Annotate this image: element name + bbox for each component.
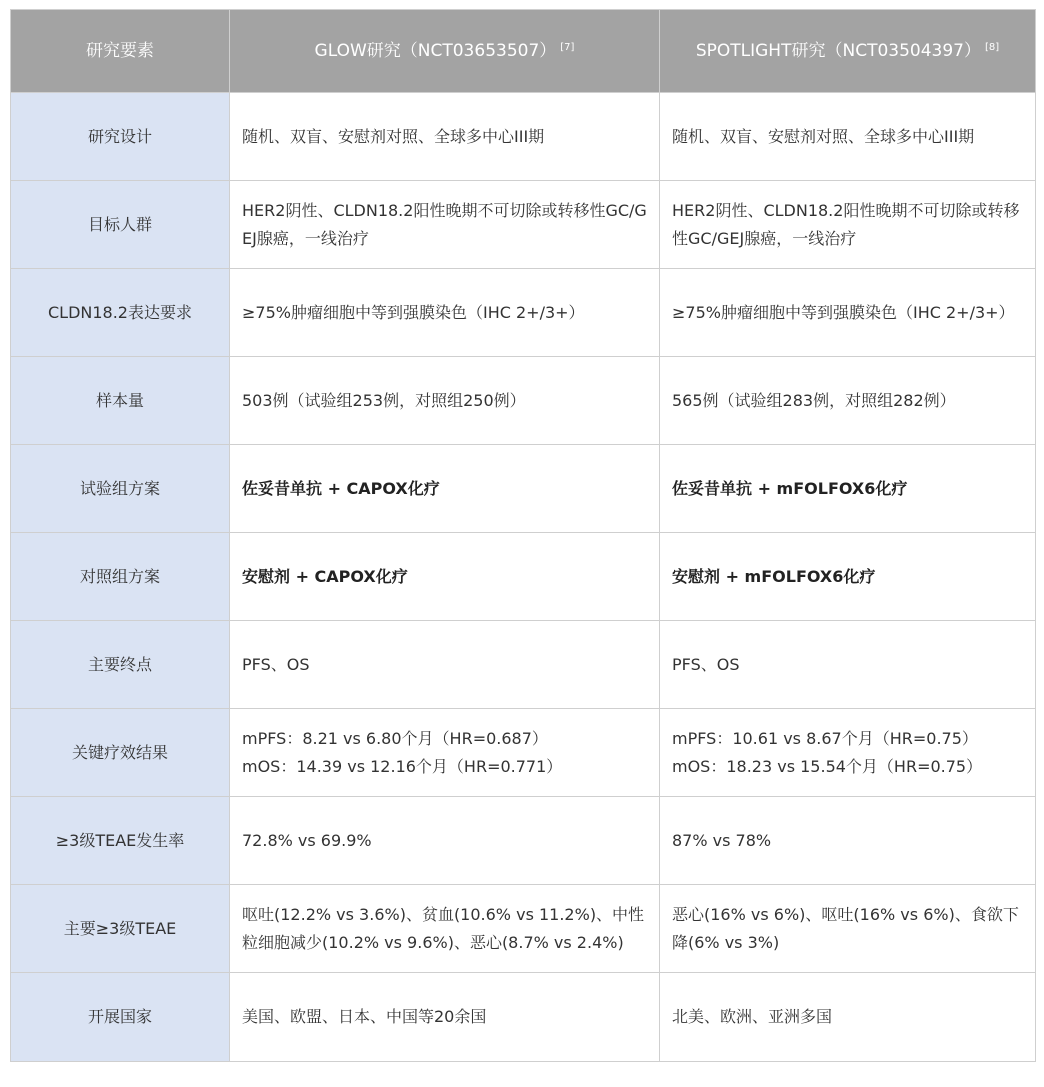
spotlight-value-text: HER2阴性、CLDN18.2阳性晚期不可切除或转移性GC/GEJ腺癌，一线治疗: [672, 197, 1023, 253]
spotlight-value-cell: mPFS：10.61 vs 8.67个月（HR=0.75）mOS：18.23 v…: [660, 709, 1036, 797]
row-label: CLDN18.2表达要求: [48, 303, 192, 322]
row-label: 开展国家: [88, 1007, 152, 1026]
row-label: 目标人群: [88, 215, 152, 234]
glow-value-text: 随机、双盲、安慰剂对照、全球多中心III期: [242, 123, 647, 151]
spotlight-value-cell: 随机、双盲、安慰剂对照、全球多中心III期: [660, 93, 1036, 181]
glow-value-text: mPFS：8.21 vs 6.80个月（HR=0.687）: [242, 725, 647, 753]
reference-link[interactable]: [7]: [560, 42, 574, 53]
spotlight-value-cell: 北美、欧洲、亚洲多国: [660, 973, 1036, 1062]
header-cell-spotlight: SPOTLIGHT研究（NCT03504397）[8]: [660, 10, 1036, 93]
spotlight-value-text: PFS、OS: [672, 651, 1023, 679]
row-label-cell: 样本量: [11, 357, 230, 445]
table-row: 对照组方案安慰剂 + CAPOX化疗安慰剂 + mFOLFOX6化疗: [11, 533, 1036, 621]
row-label: 试验组方案: [80, 479, 160, 498]
row-label-cell: 开展国家: [11, 973, 230, 1062]
glow-value-text: mOS：14.39 vs 12.16个月（HR=0.771）: [242, 753, 647, 781]
row-label-cell: ≥3级TEAE发生率: [11, 797, 230, 885]
spotlight-value-text: 87% vs 78%: [672, 827, 1023, 855]
spotlight-value-text: 佐妥昔单抗 + mFOLFOX6化疗: [672, 475, 1023, 503]
row-label-cell: 试验组方案: [11, 445, 230, 533]
table-row: CLDN18.2表达要求≥75%肿瘤细胞中等到强膜染色（IHC 2+/3+）≥7…: [11, 269, 1036, 357]
glow-value-cell: 72.8% vs 69.9%: [230, 797, 660, 885]
spotlight-value-text: 随机、双盲、安慰剂对照、全球多中心III期: [672, 123, 1023, 151]
glow-value-cell: 佐妥昔单抗 + CAPOX化疗: [230, 445, 660, 533]
table-row: 样本量503例（试验组253例，对照组250例）565例（试验组283例，对照组…: [11, 357, 1036, 445]
glow-value-cell: 呕吐(12.2% vs 3.6%)、贫血(10.6% vs 11.2%)、中性粒…: [230, 885, 660, 973]
glow-value-text: ≥75%肿瘤细胞中等到强膜染色（IHC 2+/3+）: [242, 299, 647, 327]
comparison-table-container: 研究要素 GLOW研究（NCT03653507）[7] SPOTLIGHT研究（…: [10, 9, 1035, 1062]
spotlight-value-cell: 安慰剂 + mFOLFOX6化疗: [660, 533, 1036, 621]
table-body: 研究设计随机、双盲、安慰剂对照、全球多中心III期随机、双盲、安慰剂对照、全球多…: [11, 93, 1036, 1062]
glow-value-text: 72.8% vs 69.9%: [242, 827, 647, 855]
glow-value-cell: 安慰剂 + CAPOX化疗: [230, 533, 660, 621]
row-label-cell: 目标人群: [11, 181, 230, 269]
table-header: 研究要素 GLOW研究（NCT03653507）[7] SPOTLIGHT研究（…: [11, 10, 1036, 93]
glow-value-cell: 美国、欧盟、日本、中国等20余国: [230, 973, 660, 1062]
spotlight-value-text: 565例（试验组283例，对照组282例）: [672, 387, 1023, 415]
row-label: 研究设计: [88, 127, 152, 146]
glow-value-cell: ≥75%肿瘤细胞中等到强膜染色（IHC 2+/3+）: [230, 269, 660, 357]
header-row: 研究要素 GLOW研究（NCT03653507）[7] SPOTLIGHT研究（…: [11, 10, 1036, 93]
table-row: 研究设计随机、双盲、安慰剂对照、全球多中心III期随机、双盲、安慰剂对照、全球多…: [11, 93, 1036, 181]
row-label: 主要终点: [88, 655, 152, 674]
row-label-cell: 主要终点: [11, 621, 230, 709]
glow-value-text: 安慰剂 + CAPOX化疗: [242, 563, 647, 591]
trial-comparison-table: 研究要素 GLOW研究（NCT03653507）[7] SPOTLIGHT研究（…: [10, 9, 1036, 1062]
table-row: 主要终点PFS、OSPFS、OS: [11, 621, 1036, 709]
header-label: GLOW研究（NCT03653507）: [315, 41, 557, 61]
spotlight-value-cell: HER2阴性、CLDN18.2阳性晚期不可切除或转移性GC/GEJ腺癌，一线治疗: [660, 181, 1036, 269]
row-label: 样本量: [96, 391, 144, 410]
row-label: 关键疗效结果: [72, 743, 168, 762]
spotlight-value-text: 北美、欧洲、亚洲多国: [672, 1003, 1023, 1031]
table-row: 目标人群HER2阴性、CLDN18.2阳性晚期不可切除或转移性GC/GEJ腺癌，…: [11, 181, 1036, 269]
glow-value-cell: 503例（试验组253例，对照组250例）: [230, 357, 660, 445]
glow-value-text: 呕吐(12.2% vs 3.6%)、贫血(10.6% vs 11.2%)、中性粒…: [242, 901, 647, 957]
header-label: SPOTLIGHT研究（NCT03504397）: [696, 41, 981, 61]
glow-value-text: 美国、欧盟、日本、中国等20余国: [242, 1003, 647, 1031]
spotlight-value-text: ≥75%肿瘤细胞中等到强膜染色（IHC 2+/3+）: [672, 299, 1023, 327]
header-label: 研究要素: [86, 41, 154, 61]
row-label-cell: CLDN18.2表达要求: [11, 269, 230, 357]
table-row: ≥3级TEAE发生率72.8% vs 69.9%87% vs 78%: [11, 797, 1036, 885]
table-row: 主要≥3级TEAE呕吐(12.2% vs 3.6%)、贫血(10.6% vs 1…: [11, 885, 1036, 973]
row-label-cell: 主要≥3级TEAE: [11, 885, 230, 973]
spotlight-value-text: mPFS：10.61 vs 8.67个月（HR=0.75）: [672, 725, 1023, 753]
reference-link[interactable]: [8]: [985, 42, 999, 53]
glow-value-text: HER2阴性、CLDN18.2阳性晚期不可切除或转移性GC/GEJ腺癌，一线治疗: [242, 197, 647, 253]
spotlight-value-cell: 565例（试验组283例，对照组282例）: [660, 357, 1036, 445]
row-label: 对照组方案: [80, 567, 160, 586]
row-label: ≥3级TEAE发生率: [56, 831, 185, 850]
table-row: 关键疗效结果mPFS：8.21 vs 6.80个月（HR=0.687）mOS：1…: [11, 709, 1036, 797]
spotlight-value-cell: 佐妥昔单抗 + mFOLFOX6化疗: [660, 445, 1036, 533]
glow-value-text: PFS、OS: [242, 651, 647, 679]
header-cell-element: 研究要素: [11, 10, 230, 93]
spotlight-value-cell: 87% vs 78%: [660, 797, 1036, 885]
glow-value-cell: 随机、双盲、安慰剂对照、全球多中心III期: [230, 93, 660, 181]
table-row: 试验组方案佐妥昔单抗 + CAPOX化疗佐妥昔单抗 + mFOLFOX6化疗: [11, 445, 1036, 533]
row-label-cell: 研究设计: [11, 93, 230, 181]
table-row: 开展国家美国、欧盟、日本、中国等20余国北美、欧洲、亚洲多国: [11, 973, 1036, 1062]
spotlight-value-cell: ≥75%肿瘤细胞中等到强膜染色（IHC 2+/3+）: [660, 269, 1036, 357]
spotlight-value-text: 恶心(16% vs 6%)、呕吐(16% vs 6%)、食欲下降(6% vs 3…: [672, 901, 1023, 957]
glow-value-text: 503例（试验组253例，对照组250例）: [242, 387, 647, 415]
glow-value-cell: HER2阴性、CLDN18.2阳性晚期不可切除或转移性GC/GEJ腺癌，一线治疗: [230, 181, 660, 269]
spotlight-value-text: 安慰剂 + mFOLFOX6化疗: [672, 563, 1023, 591]
spotlight-value-cell: PFS、OS: [660, 621, 1036, 709]
glow-value-cell: PFS、OS: [230, 621, 660, 709]
row-label-cell: 对照组方案: [11, 533, 230, 621]
header-cell-glow: GLOW研究（NCT03653507）[7]: [230, 10, 660, 93]
row-label: 主要≥3级TEAE: [64, 919, 177, 938]
spotlight-value-cell: 恶心(16% vs 6%)、呕吐(16% vs 6%)、食欲下降(6% vs 3…: [660, 885, 1036, 973]
glow-value-cell: mPFS：8.21 vs 6.80个月（HR=0.687）mOS：14.39 v…: [230, 709, 660, 797]
row-label-cell: 关键疗效结果: [11, 709, 230, 797]
glow-value-text: 佐妥昔单抗 + CAPOX化疗: [242, 475, 647, 503]
spotlight-value-text: mOS：18.23 vs 15.54个月（HR=0.75）: [672, 753, 1023, 781]
